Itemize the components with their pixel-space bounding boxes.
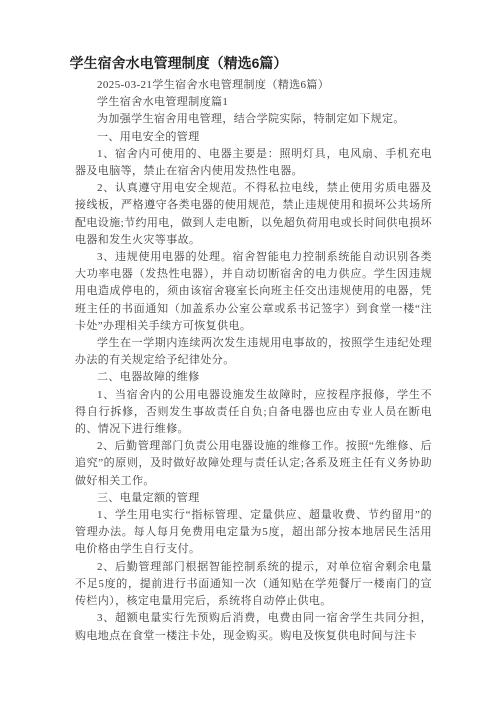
document-title: 学生宿舍水电管理制度（精选6篇） xyxy=(0,54,357,72)
section-3-item-3: 3、超额电量实行先预购后消费，电费由同一宿舍学生共同分担，购电地点在食堂一楼注卡… xyxy=(75,610,432,644)
document-body: 2025-03-21学生宿舍水电管理制度（精选6篇） 学生宿舍水电管理制度篇1 … xyxy=(75,77,432,645)
intro-paragraph: 为加强学生宿舍用电管理，结合学院实际，特制定如下规定。 xyxy=(75,111,432,128)
section-2-item-2: 2、后勤管理部门负责公用电器设施的维修工作。按照“先维修、后追究”的原则，及时做… xyxy=(75,438,432,490)
section-2-item-1: 1、当宿舍内的公用电器设施发生故障时，应按程序报修，学生不得自行拆修，否则发生事… xyxy=(75,387,432,439)
section-1-heading: 一、用电安全的管理 xyxy=(75,129,432,146)
subtitle-part-1: 学生宿舍水电管理制度篇1 xyxy=(75,94,432,111)
section-1-item-1: 1、宿舍内可使用的、电器主要是：照明灯具，电风扇、手机充电器及电脑等，禁止在宿舍… xyxy=(75,146,432,180)
section-1-item-2: 2、认真遵守用电安全规范。不得私拉电线，禁止使用劣质电器及接线板，严格遵守各类电… xyxy=(75,180,432,249)
section-1-item-3-note: 学生在一学期内连续两次发生违规用电事故的，按照学生违纪处理办法的有关规定给予纪律… xyxy=(75,335,432,369)
section-2-heading: 二、电器故障的维修 xyxy=(75,369,432,386)
date-line: 2025-03-21学生宿舍水电管理制度（精选6篇） xyxy=(75,77,432,94)
section-3-item-2: 2、后勤管理部门根据智能控制系统的提示，对单位宿舍剩余电量不足5度的，提前进行书… xyxy=(75,559,432,611)
section-3-heading: 三、电量定额的管理 xyxy=(75,490,432,507)
document-page: 学生宿舍水电管理制度（精选6篇） 2025-03-21学生宿舍水电管理制度（精选… xyxy=(0,0,500,707)
section-3-item-1: 1、学生用电实行“指标管理、定量供应、超量收费、节约留用”的管理办法。每人每月免… xyxy=(75,507,432,559)
section-1-item-3: 3、违规使用电器的处理。宿舍智能电力控制系统能自动识别各类大功率电器（发热性电器… xyxy=(75,249,432,335)
